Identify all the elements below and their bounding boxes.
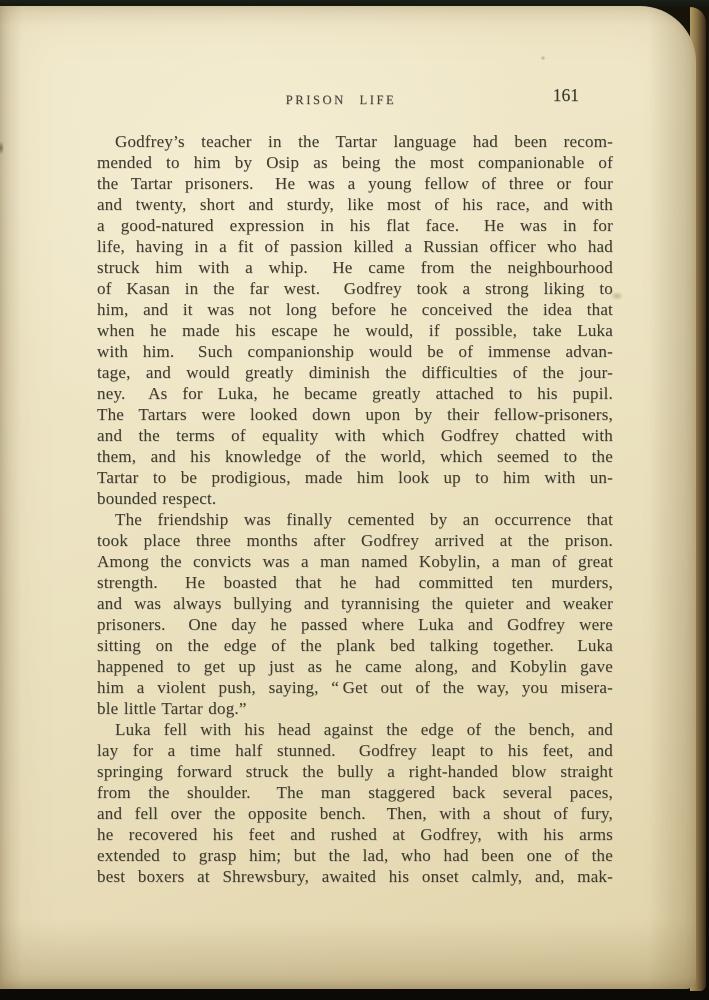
page-text: Godfrey’s teacher in the Tartar language… [97, 131, 613, 887]
text-line: and was always bullying and tyrannising … [97, 593, 613, 614]
text-line: Godfrey’s teacher in the Tartar language… [97, 131, 613, 152]
text-line: bounded respect. [97, 488, 613, 509]
paragraph: Luka fell with his head against the edge… [97, 719, 613, 887]
text-line: Tartar to be prodigious, made him look u… [97, 467, 613, 488]
text-line: life, having in a fit of passion killed … [97, 236, 613, 257]
text-line: when he made his escape he would, if pos… [97, 320, 613, 341]
text-line: and the terms of equality with which God… [97, 425, 613, 446]
text-line: the Tartar prisoners. He was a young fel… [97, 173, 613, 194]
text-line: mended to him by Osip as being the most … [97, 152, 613, 173]
text-line: Among the convicts was a man named Kobyl… [97, 551, 613, 572]
text-line: sitting on the edge of the plank bed tal… [97, 635, 613, 656]
running-header: PRISON LIFE 161 [97, 90, 613, 114]
text-line: of Kasan in the far west. Godfrey took a… [97, 278, 613, 299]
text-line: best boxers at Shrewsbury, awaited his o… [97, 866, 613, 887]
text-line: him, and it was not long before he conce… [97, 299, 613, 320]
text-line: with him. Such companionship would be of… [97, 341, 613, 362]
text-line: ney. As for Luka, he became greatly atta… [97, 383, 613, 404]
page-number: 161 [553, 85, 579, 106]
text-line: took place three months after Godfrey ar… [97, 530, 613, 551]
text-line: The Tartars were looked down upon by the… [97, 404, 613, 425]
paragraph: The friendship was finally cemented by a… [97, 509, 613, 719]
text-line: them, and his knowledge of the world, wh… [97, 446, 613, 467]
text-line: he recovered his feet and rushed at Godf… [97, 824, 613, 845]
book-page: PRISON LIFE 161 Godfrey’s teacher in the… [0, 6, 696, 989]
text-line: a good-natured expression in his flat fa… [97, 215, 613, 236]
paragraph: Godfrey’s teacher in the Tartar language… [97, 131, 613, 509]
text-line: Luka fell with his head against the edge… [97, 719, 613, 740]
text-line: and twenty, short and sturdy, like most … [97, 194, 613, 215]
text-line: extended to grasp him; but the lad, who … [97, 845, 613, 866]
text-line: him a violent push, saying, “ Get out of… [97, 677, 613, 698]
text-line: from the shoulder. The man staggered bac… [97, 782, 613, 803]
text-line: and fell over the opposite bench. Then, … [97, 803, 613, 824]
text-line: lay for a time half stunned. Godfrey lea… [97, 740, 613, 761]
scanned-book-page: PRISON LIFE 161 Godfrey’s teacher in the… [0, 0, 709, 1000]
text-line: strength. He boasted that he had committ… [97, 572, 613, 593]
text-line: happened to get up just as he came along… [97, 656, 613, 677]
text-line: prisoners. One day he passed where Luka … [97, 614, 613, 635]
header-title: PRISON LIFE [286, 93, 397, 108]
text-line: struck him with a whip. He came from the… [97, 257, 613, 278]
text-line: springing forward struck the bully a rig… [97, 761, 613, 782]
text-line: The friendship was finally cemented by a… [97, 509, 613, 530]
text-line: tage, and would greatly diminish the dif… [97, 362, 613, 383]
text-line: ble little Tartar dog.” [97, 698, 613, 719]
